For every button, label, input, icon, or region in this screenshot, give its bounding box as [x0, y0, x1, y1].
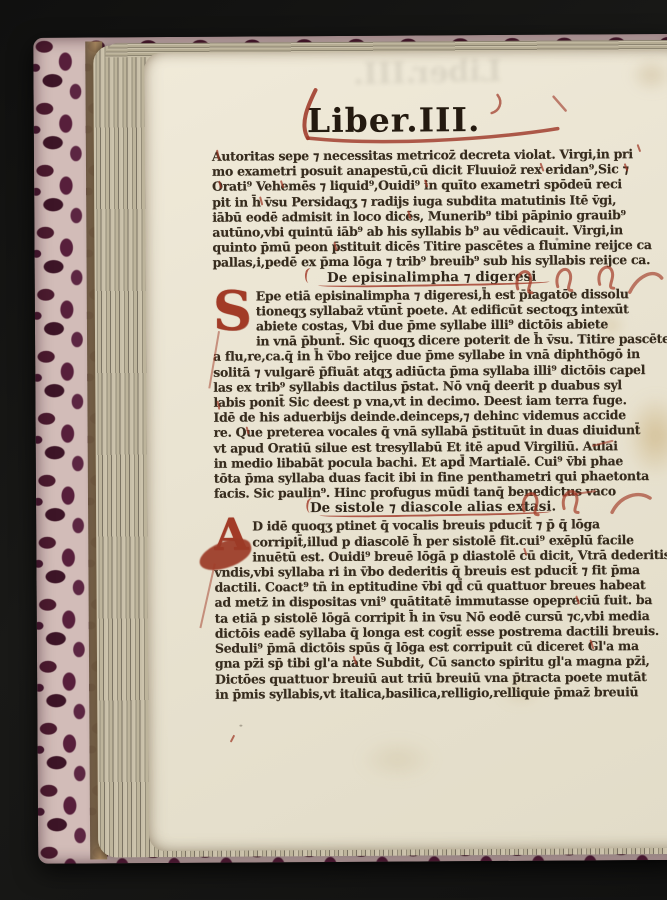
stain [357, 737, 437, 781]
ink-speck [239, 725, 242, 727]
ink-speck [299, 372, 301, 374]
pen-flourish-heading2 [512, 484, 662, 523]
pen-flourish-heading1 [504, 258, 664, 301]
rubricated-initial-s: S [213, 288, 253, 335]
text-block: Liber.III. Autoritas sepe ⁊ necessitas m… [212, 94, 654, 702]
photo-background: Liber.III. Liber.III. Autoritas sepe ⁊ n… [0, 0, 667, 900]
pen-flourish-header [285, 82, 665, 148]
paragraph-1: Autoritas sepe ⁊ necessitas metricoz̄ de… [212, 146, 651, 270]
ink-speck [475, 321, 477, 323]
paragraph-2: S Epe etiā episinalimpha ⁊ digeresi,h̄ e… [213, 286, 652, 502]
text-line: in p̄mis syllabis,vt italica,basilica,re… [215, 684, 653, 702]
ink-speck [555, 238, 558, 241]
paragraph-4: Dictōes quattuor breuiū aut triū breuiū … [215, 669, 653, 702]
paragraph-3: A D idē quoqʒ ptinet q̄ vocalis breuis p… [214, 517, 653, 672]
book: Liber.III. Liber.III. Autoritas sepe ⁊ n… [0, 0, 667, 900]
